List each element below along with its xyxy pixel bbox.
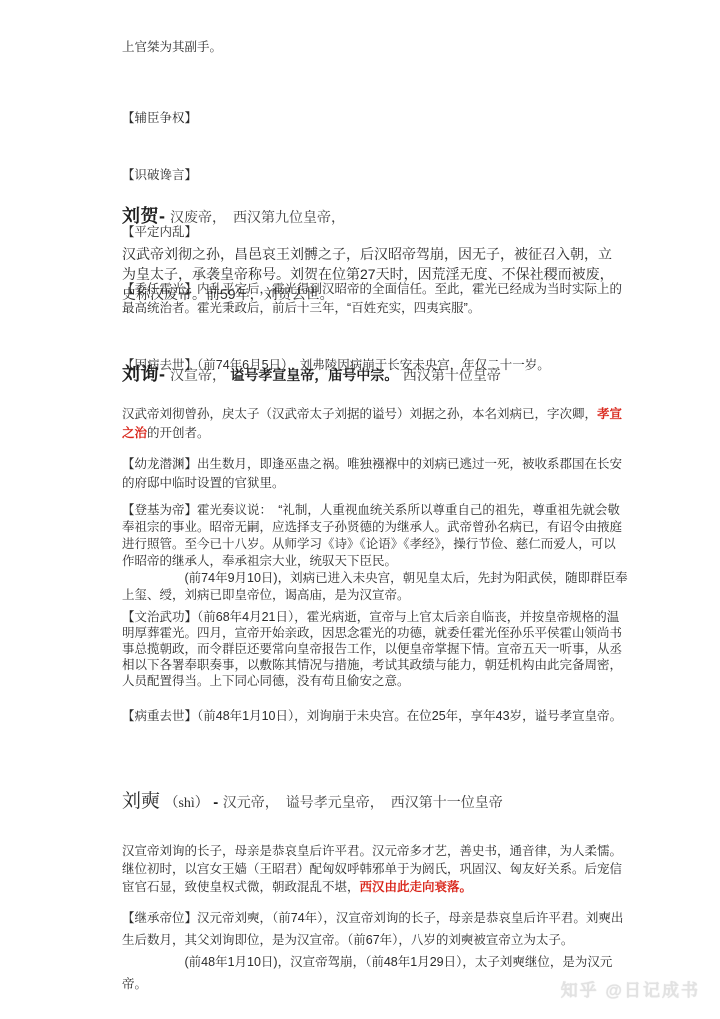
emperor-subtitle-liuhe: 汉废帝， 西汉第九位皇帝， [170,211,345,226]
liuhe-biography: 汉武帝刘彻之孙，昌邑哀王刘髆之子，后汉昭帝驾崩，因无子，被征召入朝，立为皇太子，… [122,244,622,304]
emperor-name-liushi: 刘奭 [122,791,160,812]
liuxun-intro-text: 汉武帝刘彻曾孙，戾太子（汉武帝太子刘据的谥号）刘据之孙，本名刘病已，字次卿， [122,407,597,421]
section-heading-liuhe: 刘贺- 汉废帝， 西汉第九位皇帝， [122,202,628,228]
zhihu-watermark: 知乎 @日记成书 [561,976,700,1001]
emperor-pinyin-liushi: （shì） [164,796,208,811]
liushi-paragraph-jicheng: 【继承帝位】汉元帝刘奭，（前74年），汉宣帝刘询的长子，母亲是恭哀皇后许平君。刘… [122,907,628,995]
document-page: 上官桀为其副手。 【辅臣争权】 【识破谗言】 【平定内乱】 【委任霍光】内乱平定… [0,0,720,1019]
liuxun-paragraph-youlong: 【幼龙潜渊】出生数月，即逢巫蛊之祸。唯独襁褓中的刘病已逃过一死，被收系郡国在长安… [122,455,628,493]
liuxun-paragraph-wenzhi: 【文治武功】（前68年4月21日），霍光病逝，宣帝与上官太后亲自临丧，并按皇帝规… [122,609,628,689]
section-heading-liushi: 刘奭 （shì） - 汉元帝， 谥号孝元皇帝， 西汉第十一位皇帝 [122,786,628,813]
heading-dash: - [213,794,218,811]
liushi-intro: 汉宣帝刘询的长子，母亲是恭哀皇后许平君。汉元帝多才艺，善史书，通音律，为人柔懦。… [122,842,628,896]
paragraph-deputy: 上官桀为其副手。 [122,38,628,57]
liuxun-paragraph-dengji: 【登基为帝】霍光奏议说： “礼制，人重视血统关系所以尊重自己的祖先，尊重祖先就会… [122,502,628,604]
emperor-subtitle-liuxun-1: 汉宣帝， [170,369,226,384]
emperor-name-liuxun: 刘询- [122,364,166,384]
bracket-item-shipo: 【识破谗言】 [122,166,628,185]
emperor-subtitle-liuxun-2: 西汉第十位皇帝 [403,369,501,384]
liuxun-paragraph-bingzhong: 【病重去世】（前48年1月10日），刘询崩于未央宫。在位25年，享年43岁，谥号… [122,707,628,726]
bracket-item-fuchen: 【辅臣争权】 [122,109,628,128]
emperor-subtitle-liuxun-bold: 谥号孝宣皇帝，庙号中宗。 [230,367,398,383]
section-heading-liuxun: 刘询- 汉宣帝， 谥号孝宣皇帝，庙号中宗。 西汉第十位皇帝 [122,360,628,386]
emperor-subtitle-liushi: 汉元帝， 谥号孝元皇帝， 西汉第十一位皇帝 [223,796,503,811]
liuxun-intro-tail: 的开创者。 [147,426,210,440]
liuxun-intro: 汉武帝刘彻曾孙，戾太子（汉武帝太子刘据的谥号）刘据之孙，本名刘病已，字次卿，孝宣… [122,405,628,443]
highlight-xihan-decline: 西汉由此走向衰落。 [360,880,473,894]
emperor-name-liuhe: 刘贺- [122,206,166,226]
